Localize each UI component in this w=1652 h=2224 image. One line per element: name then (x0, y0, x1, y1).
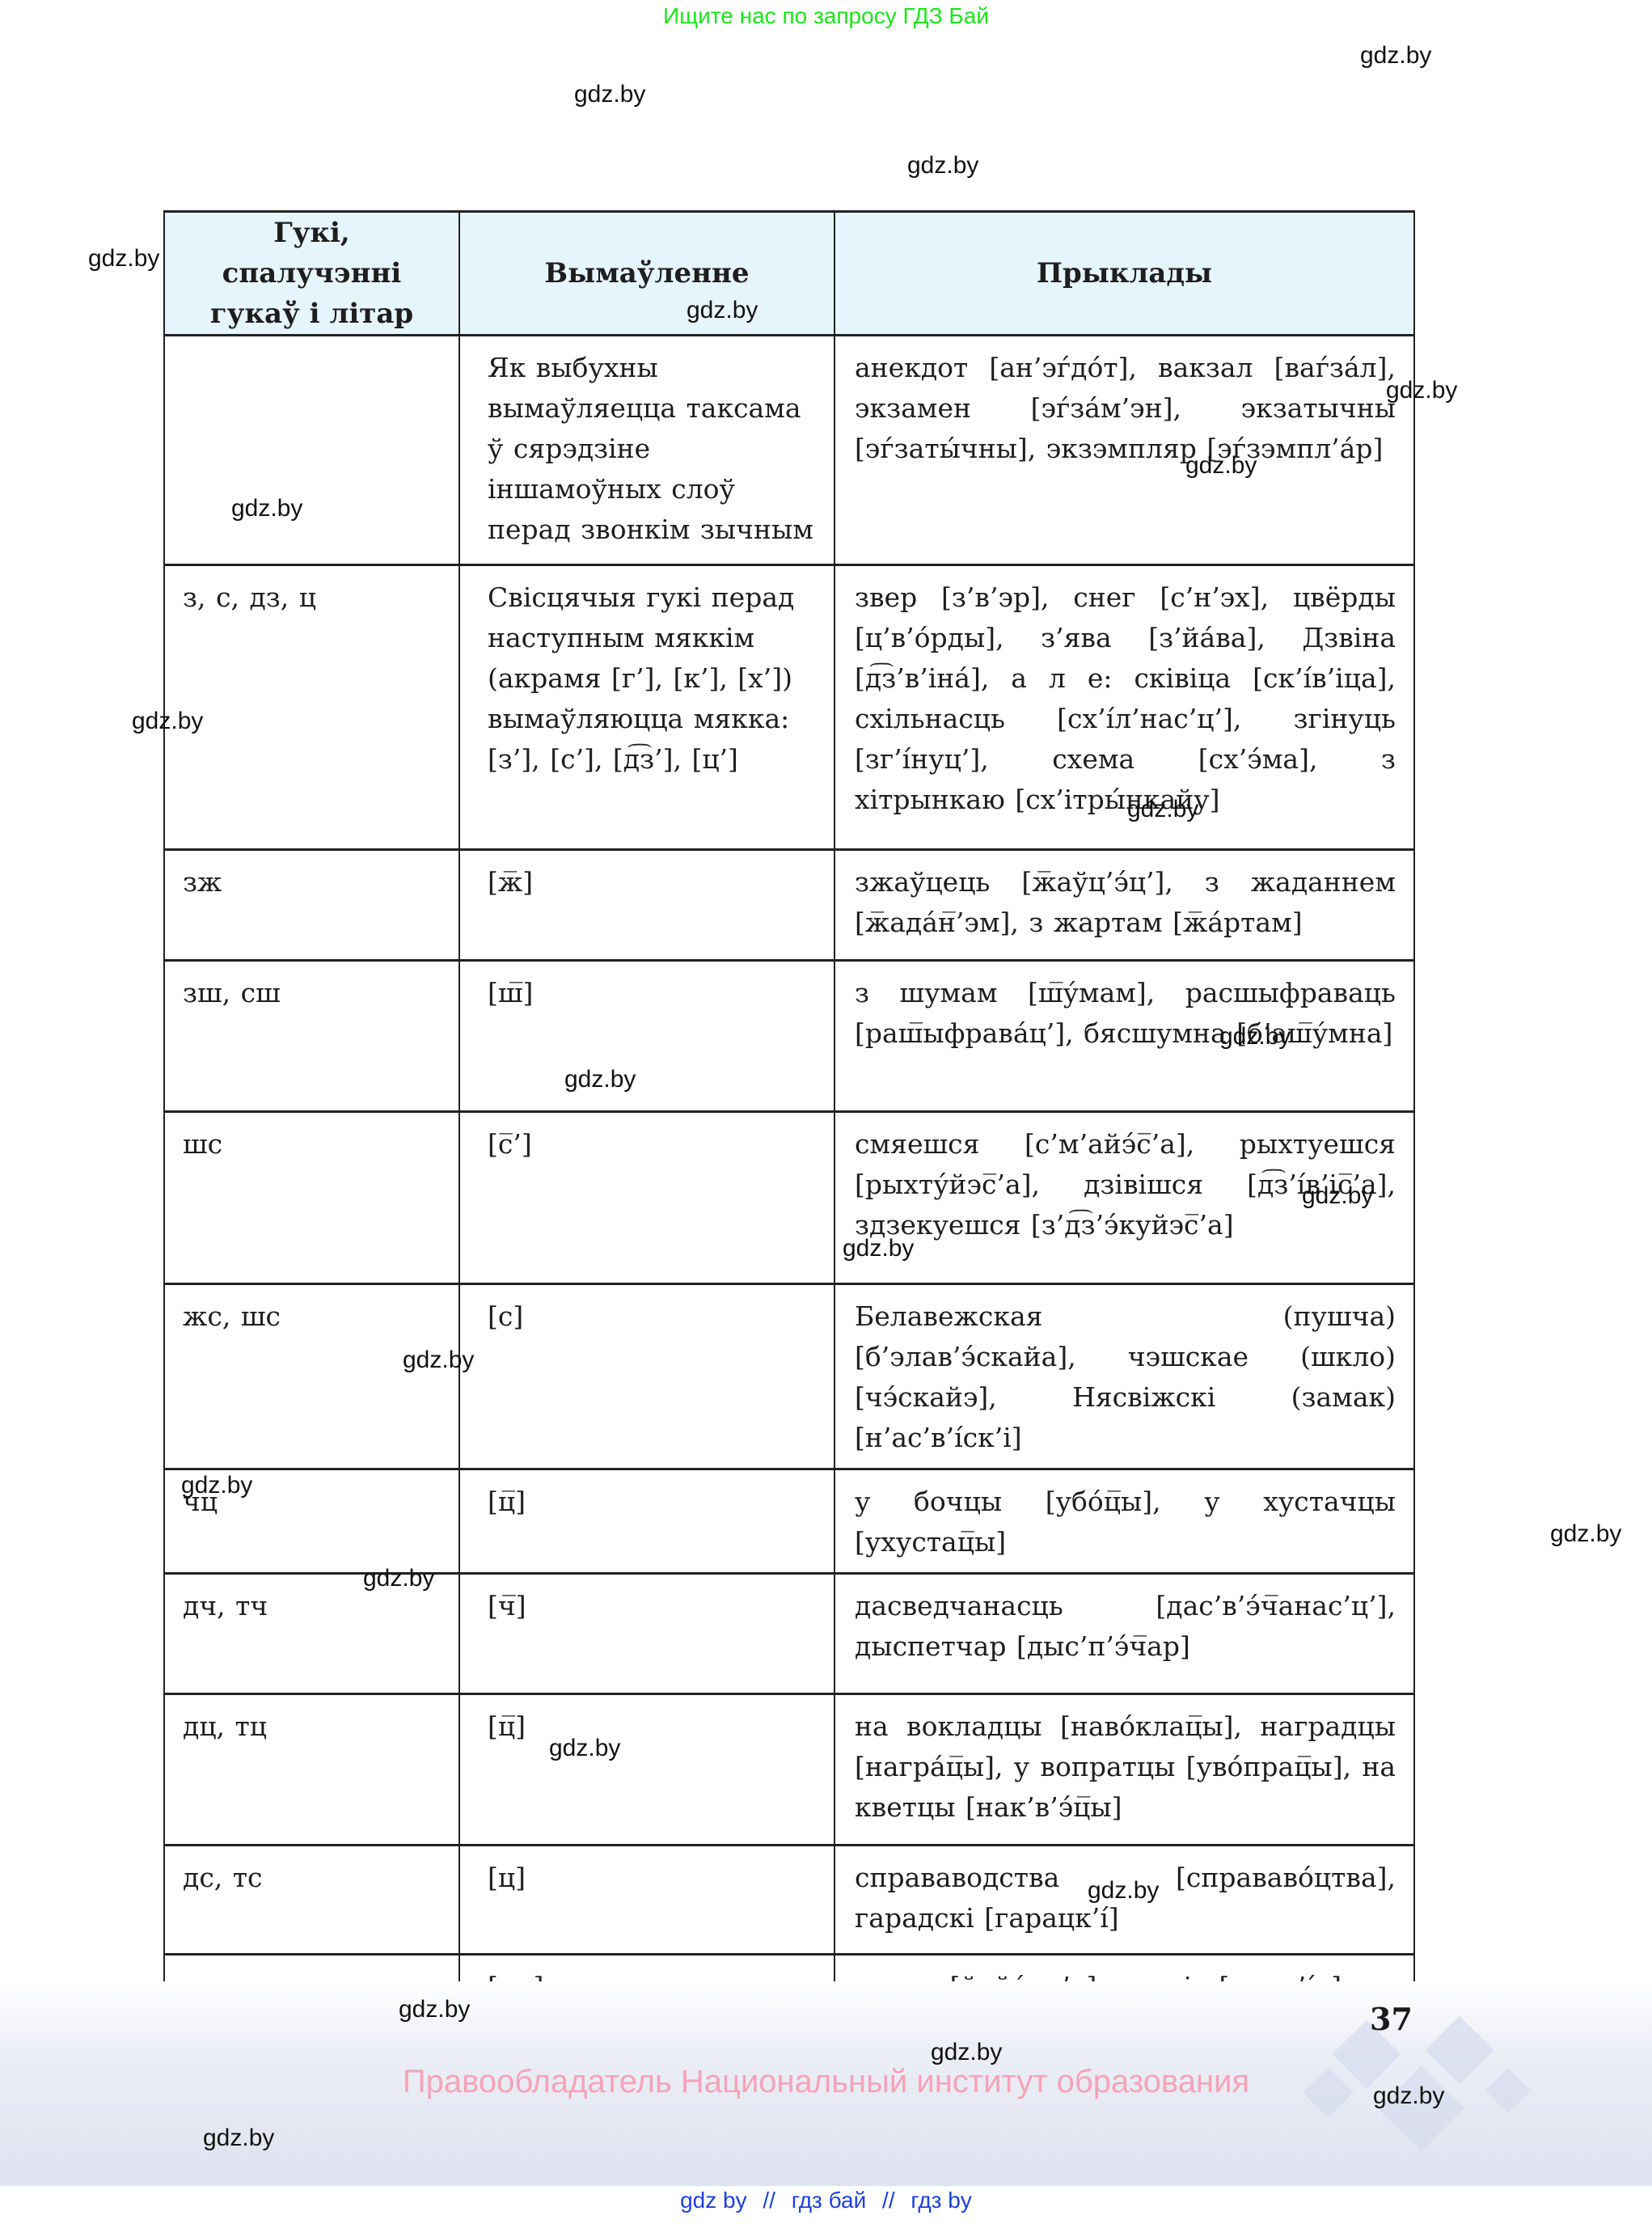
sound-cell: зж (164, 850, 459, 961)
link-gdz-by-cyr[interactable]: гдз by (911, 2188, 971, 2213)
pronunciation-cell: Свісцячыя гукі перад наступным мяккім (а… (459, 565, 834, 850)
pronunciation-cell: Як выбухны вымаўляецца таксама ў сярэдзі… (459, 336, 834, 565)
watermark: gdz.by (1219, 1023, 1291, 1051)
watermark: gdz.by (564, 1066, 636, 1093)
pronunciation-cell: [с̅’] (459, 1112, 834, 1284)
examples-cell: дасведчанасць [дас’в’э́ч̅анас’ц’], дыспе… (834, 1574, 1414, 1694)
page-number: 37 (1370, 2001, 1413, 2037)
table-row: дц, тц [ц̅] на вокладцы [наво́клац̅ы], н… (164, 1694, 1414, 1846)
watermark: gdz.by (907, 152, 978, 180)
table-row: Як выбухны вымаўляецца таксама ў сярэдзі… (164, 336, 1414, 565)
pronunciation-cell: [ц] (459, 1846, 834, 1955)
watermark: gdz.by (687, 297, 758, 324)
watermark: gdz.by (1550, 1520, 1621, 1548)
link-gdz-by[interactable]: gdz by (680, 2188, 747, 2213)
pronunciation-cell: [ж̅] (459, 850, 834, 961)
pronunciation-cell: [с] (459, 1284, 834, 1469)
examples-cell: анекдот [ан’эѓдо́т], вакзал [ваѓза́л], э… (834, 336, 1414, 565)
sound-cell (164, 336, 459, 565)
watermark: gdz.by (1360, 42, 1431, 70)
watermark: gdz.by (231, 495, 302, 522)
table-row: чц [ц̅] у бочцы [убо́ц̅ы], у хустачцы [у… (164, 1469, 1414, 1574)
watermark: gdz.by (399, 1996, 470, 2023)
table-row: з, с, дз, ц Свісцячыя гукі перад наступн… (164, 565, 1414, 850)
watermark: gdz.by (931, 2039, 1002, 2066)
watermark: gdz.by (1386, 377, 1457, 404)
watermark: gdz.by (132, 708, 203, 735)
table-row: зж [ж̅] зжаўцець [ж̅аўц’э́ц’], з жаданне… (164, 850, 1414, 961)
watermark: gdz.by (1373, 2082, 1444, 2110)
table-row: дс, тс [ц] справаводства [справаво́цтва]… (164, 1846, 1414, 1955)
examples-cell: на вокладцы [наво́клац̅ы], наградцы [наг… (834, 1694, 1414, 1846)
table-row: шс [с̅’] смяешся [с’м’айэ́с̅’а], рыхтуеш… (164, 1112, 1414, 1284)
watermark: gdz.by (181, 1472, 252, 1499)
examples-cell: зжаўцець [ж̅аўц’э́ц’], з жаданнем [ж̅ада… (834, 850, 1414, 961)
separator: // (763, 2188, 775, 2213)
header-sounds: Гукі, спалучэнні гукаў і літар (164, 212, 459, 336)
watermark: gdz.by (403, 1347, 474, 1374)
sound-cell: шс (164, 1112, 459, 1284)
footer-links: gdz by // гдз бай // гдз by (0, 2188, 1652, 2213)
watermark: gdz.by (1127, 796, 1198, 823)
pronunciation-cell: [ч̅] (459, 1574, 834, 1694)
watermark: gdz.by (1088, 1877, 1159, 1905)
watermark: gdz.by (1302, 1182, 1373, 1210)
watermark: gdz.by (363, 1565, 434, 1592)
search-hint-banner: Ищите нас по запросу ГДЗ Бай (0, 3, 1652, 29)
table-row: дч, тч [ч̅] дасведчанасць [дас’в’э́ч̅ана… (164, 1574, 1414, 1694)
header-examples: Прыклады (834, 212, 1414, 336)
sound-cell: дц, тц (164, 1694, 459, 1846)
table-row: жс, шс [с] Белавежская (пушча) [б’элав’э… (164, 1284, 1414, 1469)
sound-cell: дс, тс (164, 1846, 459, 1955)
separator: // (882, 2188, 895, 2213)
table-header-row: Гукі, спалучэнні гукаў і літар Вымаўленн… (164, 212, 1414, 336)
pronunciation-table: Гукі, спалучэнні гукаў і літар Вымаўленн… (163, 210, 1415, 2040)
sound-cell: зш, сш (164, 961, 459, 1112)
header-pronunciation: Вымаўленне (459, 212, 834, 336)
pronunciation-cell: [ц̅] (459, 1469, 834, 1574)
watermark: gdz.by (88, 245, 159, 273)
examples-cell: з шумам [ш̅у́мам], расшыфраваць [раш̅ыфр… (834, 961, 1414, 1112)
examples-cell: звер [з’в’эр], снег [с’н’эх], цвёрды [ц’… (834, 565, 1414, 850)
watermark: gdz.by (574, 81, 645, 108)
examples-cell: Белавежская (пушча) [б’элав’э́скайа], чэ… (834, 1284, 1414, 1469)
link-gdz-bai[interactable]: гдз бай (792, 2188, 867, 2213)
sound-cell: з, с, дз, ц (164, 565, 459, 850)
pronunciation-cell: [ц̅] (459, 1694, 834, 1846)
pronunciation-cell: [ш̅] (459, 961, 834, 1112)
watermark: gdz.by (203, 2125, 274, 2152)
examples-cell: у бочцы [убо́ц̅ы], у хустачцы [ухустац̅ы… (834, 1469, 1414, 1574)
watermark: gdz.by (1185, 452, 1257, 480)
watermark: gdz.by (549, 1735, 620, 1762)
sound-cell: жс, шс (164, 1284, 459, 1469)
watermark: gdz.by (843, 1235, 914, 1262)
